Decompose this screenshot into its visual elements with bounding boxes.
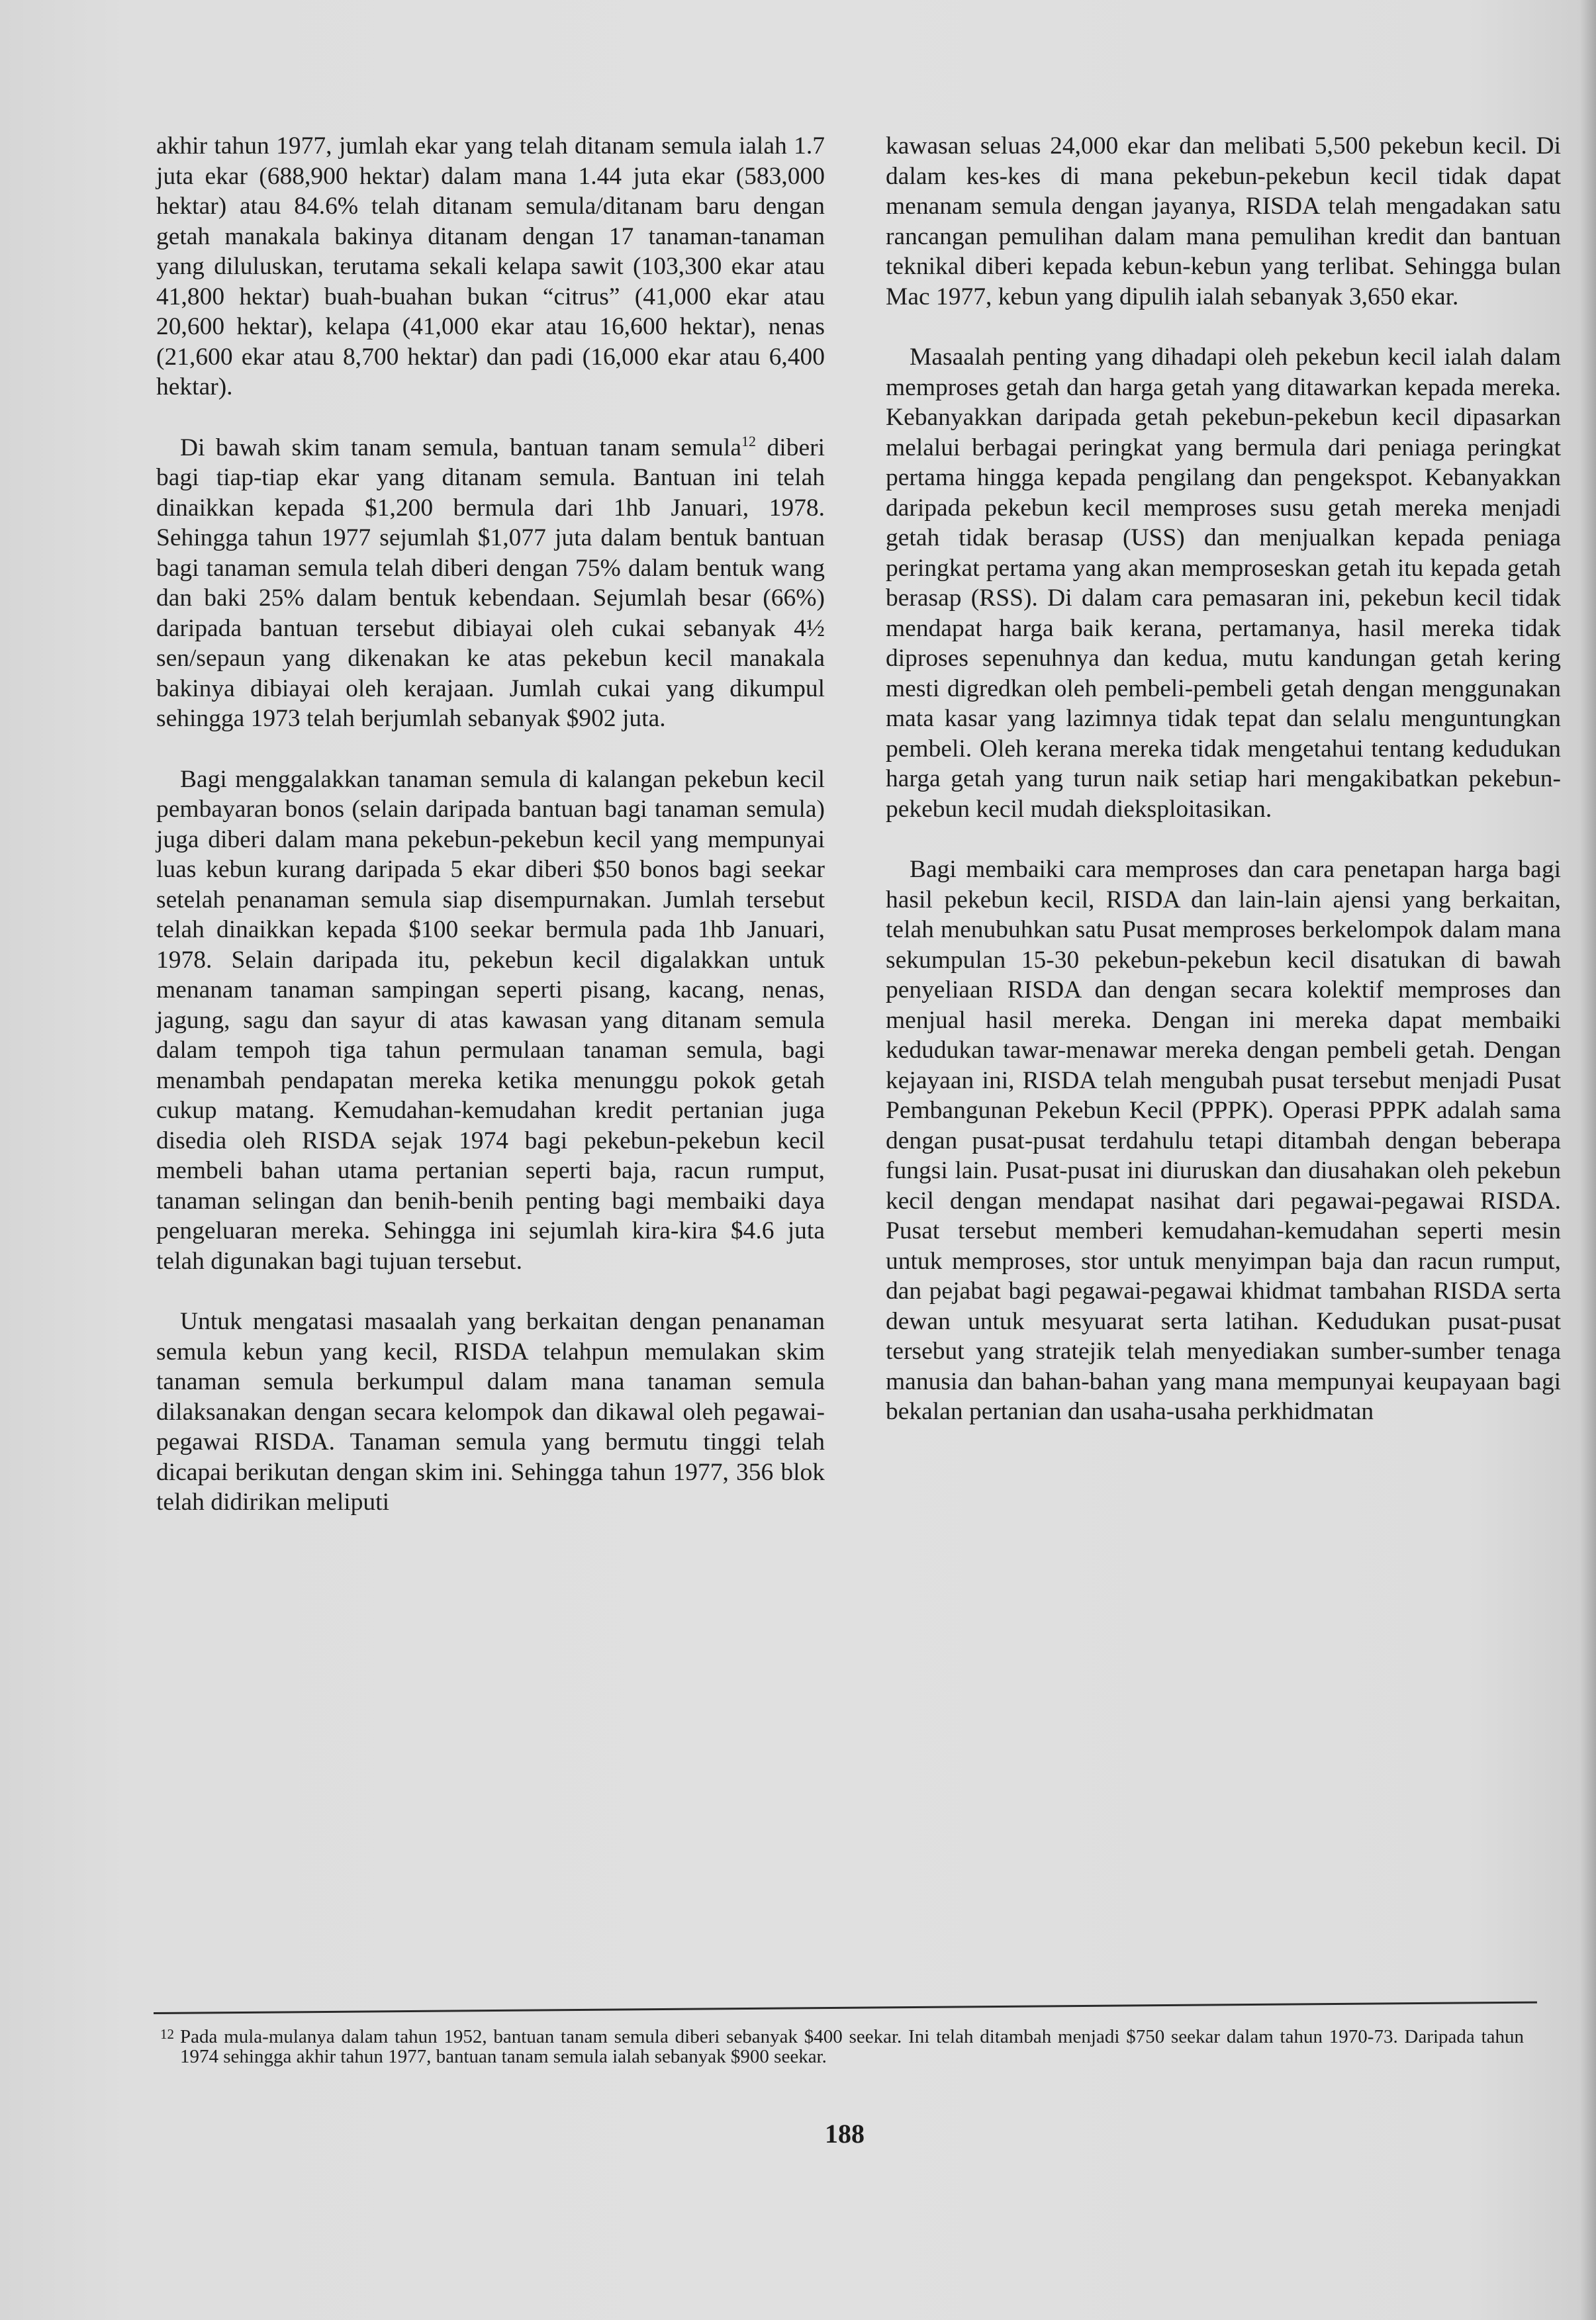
footnote-reference[interactable]: 12 xyxy=(741,433,756,449)
footnote-number: 12 xyxy=(160,2024,174,2044)
paragraph-pppk-centres: Bagi membaiki cara memproses dan cara pe… xyxy=(886,855,1561,1427)
paragraph-group-replanting: Untuk mengatasi masaalah yang berkaitan … xyxy=(156,1307,825,1518)
paragraph-bonus-payment: Bagi menggalakkan tanaman semula di kala… xyxy=(156,765,825,1277)
paragraph-replanting-grant: Di bawah skim tanam semula, bantuan tana… xyxy=(156,433,825,734)
footnote-text: Pada mula-mulanya dalam tahun 1952, bant… xyxy=(180,2026,1524,2067)
document-page: akhir tahun 1977, jumlah ekar yang telah… xyxy=(0,0,1596,2320)
paragraph-rehabilitation: kawasan seluas 24,000 ekar dan melibati … xyxy=(886,131,1561,312)
paragraph-processing-problems: Masaalah penting yang dihadapi oleh peke… xyxy=(886,342,1561,824)
footnote: 12 Pada mula-mulanya dalam tahun 1952, b… xyxy=(180,2027,1524,2066)
right-column: kawasan seluas 24,000 ekar dan melibati … xyxy=(886,131,1561,1427)
paragraph-text: Di bawah skim tanam semula, bantuan tana… xyxy=(180,434,741,461)
paragraph-text: diberi bagi tiap-tiap ekar yang ditanam … xyxy=(156,434,825,733)
paragraph-replanting-acreage: akhir tahun 1977, jumlah ekar yang telah… xyxy=(156,131,825,402)
left-column: akhir tahun 1977, jumlah ekar yang telah… xyxy=(156,131,825,1518)
footnote-divider xyxy=(154,2002,1537,2014)
page-number: 188 xyxy=(825,2118,865,2149)
